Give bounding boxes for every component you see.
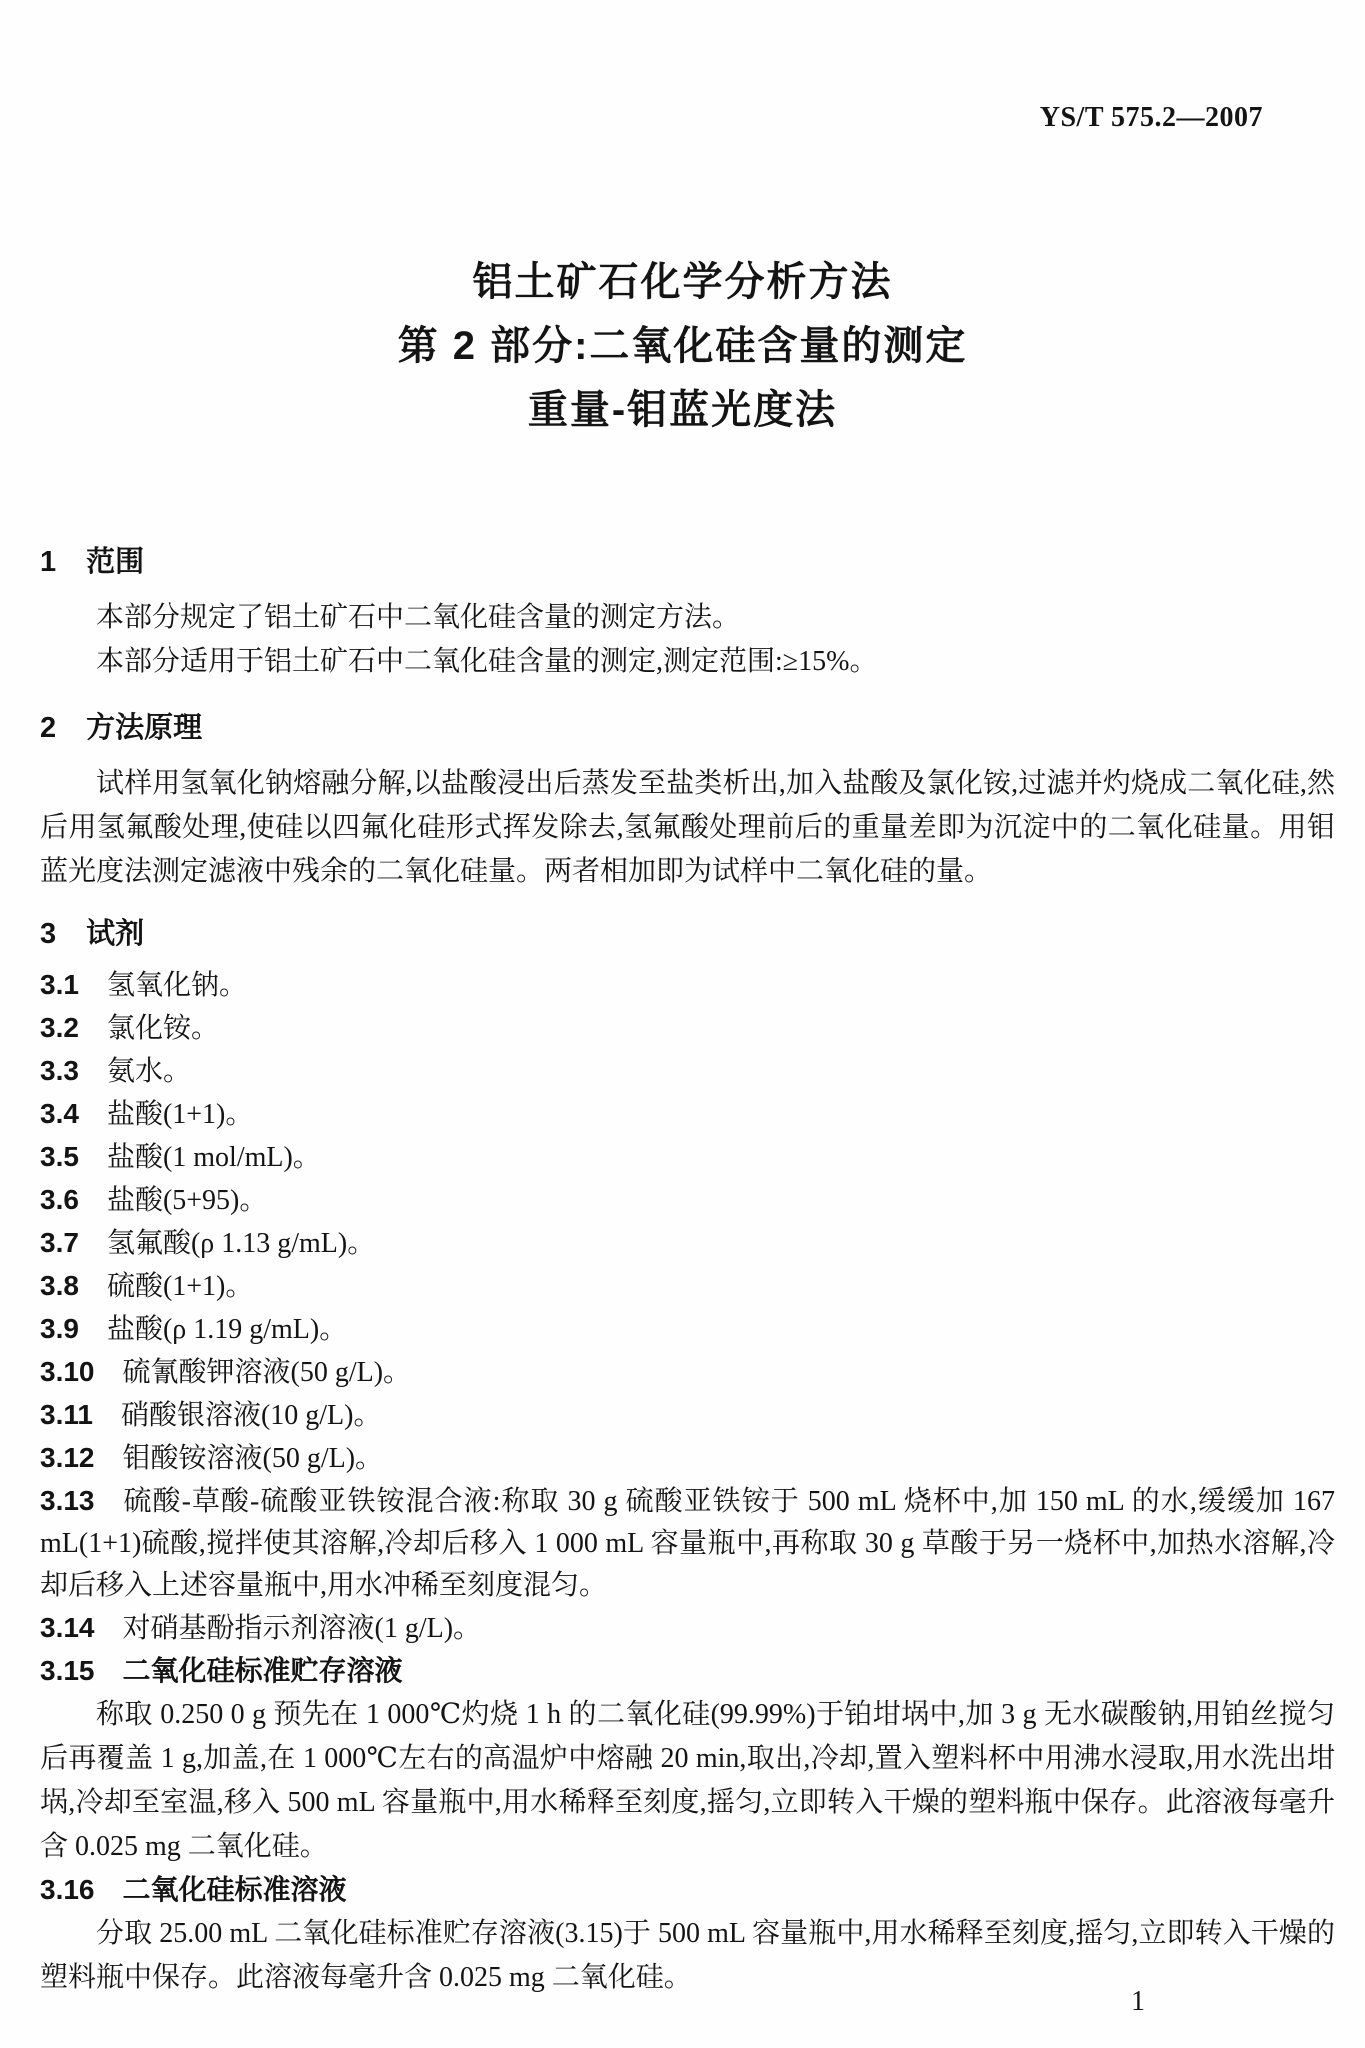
doc-title: 铝土矿石化学分析方法 第 2 部分:二氧化硅含量的测定 重量-钼蓝光度法 xyxy=(0,250,1365,442)
reagent-item: 3.12钼酸铵溶液(50 g/L)。 xyxy=(40,1437,1335,1480)
paragraph: 本部分适用于铝土矿石中二氧化硅含量的测定,测定范围:≥15%。 xyxy=(40,640,1335,684)
item-text: 盐酸(5+95)。 xyxy=(107,1185,267,1216)
item-text: 氢氟酸(ρ 1.13 g/mL)。 xyxy=(107,1228,375,1259)
item-number: 3.11 xyxy=(40,1399,93,1430)
paragraph: 本部分规定了铝土矿石中二氧化硅含量的测定方法。 xyxy=(40,596,1335,640)
item-text: 盐酸(1 mol/mL)。 xyxy=(107,1142,321,1173)
document-page: YS/T 575.2—2007 铝土矿石化学分析方法 第 2 部分:二氧化硅含量… xyxy=(0,0,1365,2048)
reagent-item: 3.9盐酸(ρ 1.19 g/mL)。 xyxy=(40,1308,1335,1351)
reagent-item-subheading: 3.16二氧化硅标准溶液 xyxy=(40,1869,1335,1912)
item-number: 3.14 xyxy=(40,1612,95,1643)
item-number: 3.10 xyxy=(40,1356,95,1387)
page-number: 1 xyxy=(1131,1986,1145,2018)
item-text: 氨水。 xyxy=(107,1056,191,1087)
section-title: 试剂 xyxy=(86,918,144,950)
doc-title-line2: 第 2 部分:二氧化硅含量的测定 xyxy=(0,314,1365,378)
section-principle-heading: 2方法原理 xyxy=(40,708,1335,748)
item-number: 3.2 xyxy=(40,1012,79,1043)
reagent-item-subheading: 3.15二氧化硅标准贮存溶液 xyxy=(40,1650,1335,1693)
reagent-item: 3.6盐酸(5+95)。 xyxy=(40,1179,1335,1222)
item-number: 3.15 xyxy=(40,1655,95,1686)
reagent-item: 3.3氨水。 xyxy=(40,1050,1335,1093)
item-text: 盐酸(1+1)。 xyxy=(107,1099,253,1130)
reagent-item: 3.4盐酸(1+1)。 xyxy=(40,1093,1335,1136)
doc-title-line3: 重量-钼蓝光度法 xyxy=(0,378,1365,442)
item-text: 硫酸-草酸-硫酸亚铁铵混合液:称取 30 g 硫酸亚铁铵于 500 mL 烧杯中… xyxy=(40,1486,1335,1601)
item-number: 3.5 xyxy=(40,1141,79,1172)
section-number: 3 xyxy=(40,914,56,954)
item-number: 3.9 xyxy=(40,1313,79,1344)
item-number: 3.4 xyxy=(40,1098,79,1129)
reagent-item: 3.1氢氧化钠。 xyxy=(40,964,1335,1007)
item-number: 3.7 xyxy=(40,1227,79,1258)
section-title: 方法原理 xyxy=(86,712,202,744)
paragraph: 试样用氢氧化钠熔融分解,以盐酸浸出后蒸发至盐类析出,加入盐酸及氯化铵,过滤并灼烧… xyxy=(40,762,1335,894)
reagent-item: 3.10硫氰酸钾溶液(50 g/L)。 xyxy=(40,1351,1335,1394)
doc-code: YS/T 575.2—2007 xyxy=(0,0,1365,134)
reagent-item: 3.11硝酸银溶液(10 g/L)。 xyxy=(40,1394,1335,1437)
item-text: 盐酸(ρ 1.19 g/mL)。 xyxy=(107,1314,347,1345)
reagent-item: 3.13硫酸-草酸-硫酸亚铁铵混合液:称取 30 g 硫酸亚铁铵于 500 mL… xyxy=(40,1480,1335,1607)
item-text: 硝酸银溶液(10 g/L)。 xyxy=(121,1400,382,1431)
item-number: 3.3 xyxy=(40,1055,79,1086)
document-body: 1范围 本部分规定了铝土矿石中二氧化硅含量的测定方法。 本部分适用于铝土矿石中二… xyxy=(0,542,1365,2000)
item-text: 氢氧化钠。 xyxy=(107,970,247,1001)
section-number: 2 xyxy=(40,708,56,748)
item-number: 3.13 xyxy=(40,1485,95,1516)
item-number: 3.8 xyxy=(40,1270,79,1301)
item-text: 二氧化硅标准溶液 xyxy=(123,1874,347,1905)
section-title: 范围 xyxy=(86,546,144,578)
reagent-list: 3.1氢氧化钠。 3.2氯化铵。 3.3氨水。 3.4盐酸(1+1)。 3.5盐… xyxy=(40,964,1335,2000)
section-scope-heading: 1范围 xyxy=(40,542,1335,582)
item-text: 硫酸(1+1)。 xyxy=(107,1271,253,1302)
reagent-item: 3.8硫酸(1+1)。 xyxy=(40,1265,1335,1308)
paragraph: 称取 0.250 0 g 预先在 1 000℃灼烧 1 h 的二氧化硅(99.9… xyxy=(40,1693,1335,1869)
item-text: 二氧化硅标准贮存溶液 xyxy=(123,1655,403,1686)
doc-title-line1: 铝土矿石化学分析方法 xyxy=(0,250,1365,314)
item-text: 氯化铵。 xyxy=(107,1013,219,1044)
section-reagents: 3试剂 3.1氢氧化钠。 3.2氯化铵。 3.3氨水。 3.4盐酸(1+1)。 … xyxy=(40,914,1335,2000)
item-number: 3.6 xyxy=(40,1184,79,1215)
section-principle: 2方法原理 试样用氢氧化钠熔融分解,以盐酸浸出后蒸发至盐类析出,加入盐酸及氯化铵… xyxy=(40,708,1335,894)
item-text: 钼酸铵溶液(50 g/L)。 xyxy=(123,1443,384,1474)
section-number: 1 xyxy=(40,542,56,582)
reagent-item: 3.7氢氟酸(ρ 1.13 g/mL)。 xyxy=(40,1222,1335,1265)
reagent-item: 3.5盐酸(1 mol/mL)。 xyxy=(40,1136,1335,1179)
section-scope: 1范围 本部分规定了铝土矿石中二氧化硅含量的测定方法。 本部分适用于铝土矿石中二… xyxy=(40,542,1335,684)
item-number: 3.16 xyxy=(40,1874,95,1905)
section-reagents-heading: 3试剂 xyxy=(40,914,1335,954)
reagent-item: 3.14对硝基酚指示剂溶液(1 g/L)。 xyxy=(40,1607,1335,1650)
item-number: 3.12 xyxy=(40,1442,95,1473)
reagent-item: 3.2氯化铵。 xyxy=(40,1007,1335,1050)
item-text: 硫氰酸钾溶液(50 g/L)。 xyxy=(123,1357,412,1388)
item-number: 3.1 xyxy=(40,969,79,1000)
item-text: 对硝基酚指示剂溶液(1 g/L)。 xyxy=(123,1613,482,1644)
